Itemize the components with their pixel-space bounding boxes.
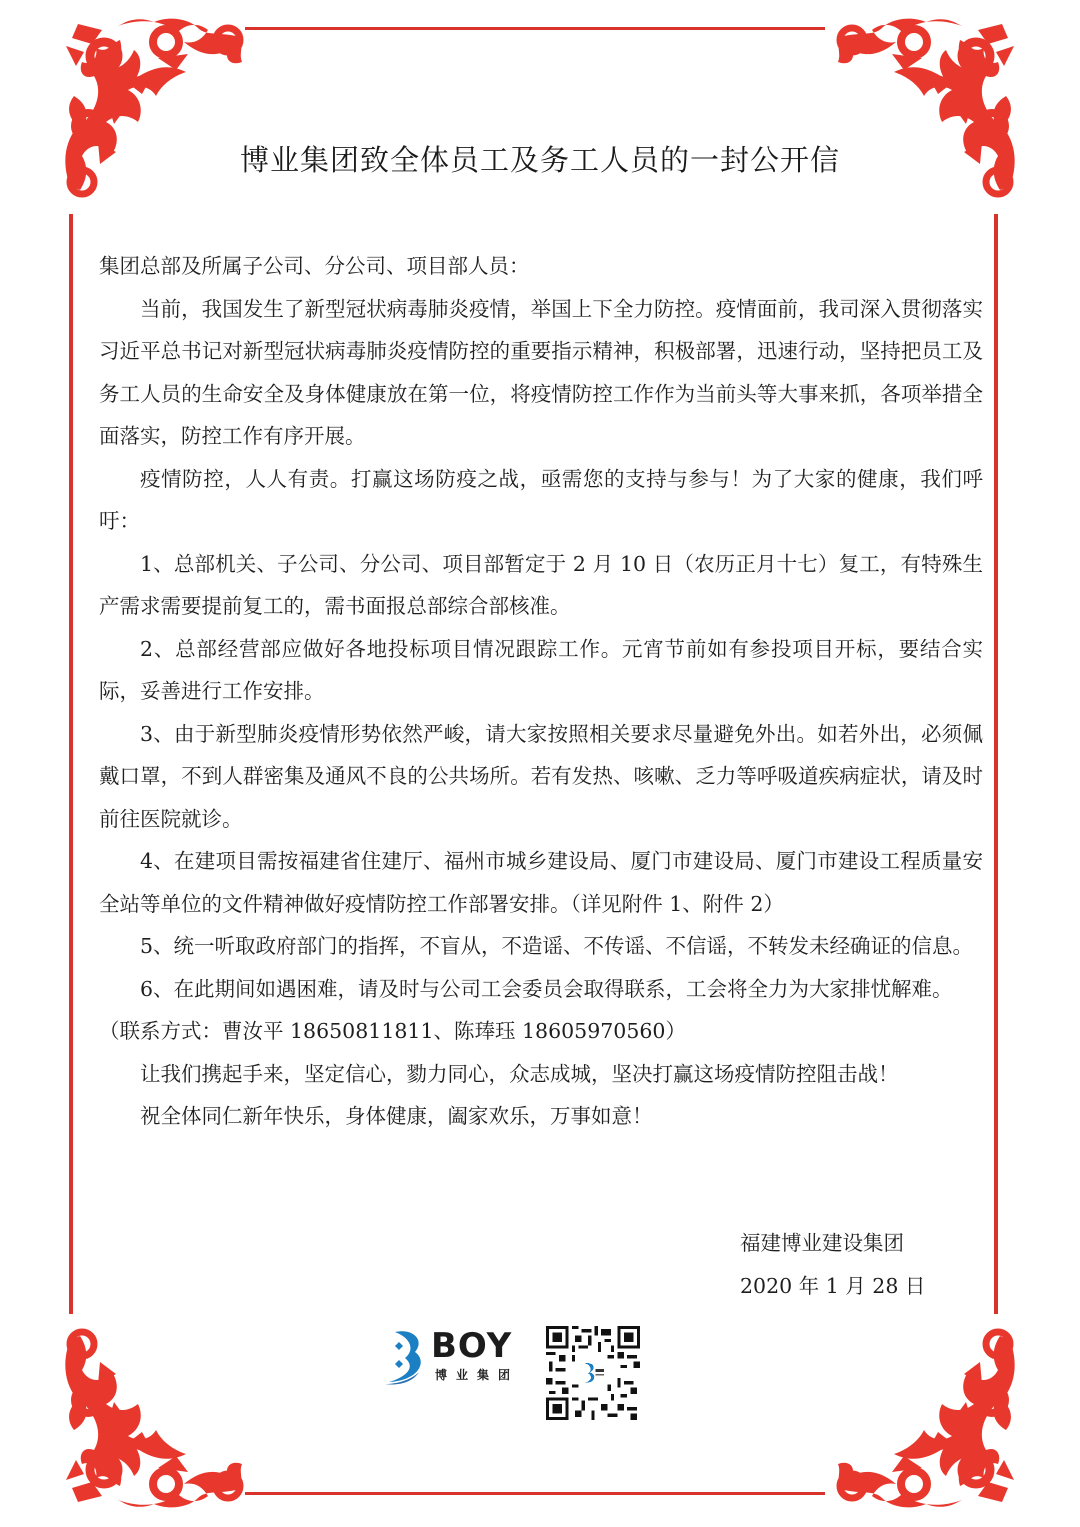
qr-code-icon (546, 1326, 640, 1420)
item-1: 1、总部机关、子公司、分公司、项目部暂定于 2 月 10 日（农历正月十七）复工… (99, 543, 983, 628)
item-6: 6、在此期间如遇困难，请及时与公司工会委员会取得联系，工会将全力为大家排忧解难。 (99, 968, 983, 1011)
floral-scroll-icon (58, 1322, 248, 1512)
border-top-line (245, 27, 825, 30)
paragraph-appeal: 疫情防控，人人有责。打赢这场防疫之战，亟需您的支持与参与！为了大家的健康，我们呼… (99, 458, 983, 543)
letter-body: 集团总部及所属子公司、分公司、项目部人员： 当前，我国发生了新型冠状病毒肺炎疫情… (99, 245, 983, 1138)
item-2: 2、总部经营部应做好各地投标项目情况跟踪工作。元宵节前如有参投项目开标，要结合实… (99, 628, 983, 713)
company-logo: BOY 博业集团 (385, 1326, 525, 1386)
logo-subtitle: 博业集团 (435, 1366, 519, 1383)
closing-call: 让我们携起手来，坚定信心，勠力同心，众志成城，坚决打赢这场疫情防控阻击战！ (99, 1053, 983, 1096)
border-bottom-line (245, 1492, 825, 1495)
border-left-line (69, 214, 73, 1314)
item-4: 4、在建项目需按福建省住建厅、福州市城乡建设局、厦门市建设局、厦门市建设工程质量… (99, 840, 983, 925)
paragraph-intro: 当前，我国发生了新型冠状病毒肺炎疫情，举国上下全力防控。疫情面前，我司深入贯彻落… (99, 288, 983, 458)
item-5: 5、统一听取政府部门的指挥，不盲从，不造谣、不传谣、不信谣，不转发未经确证的信息… (99, 925, 983, 968)
salutation: 集团总部及所属子公司、分公司、项目部人员： (99, 245, 983, 288)
signature-date: 2020 年 1 月 28 日 (740, 1265, 925, 1308)
3-swoosh-icon (385, 1326, 425, 1386)
logo-text: BOY (431, 1326, 512, 1366)
contact-line: （联系方式：曹汝平 18650811811、陈琫珏 18605970560） (99, 1010, 983, 1053)
border-right-line (994, 214, 998, 1314)
corner-ornament-bottom-left-icon (58, 1322, 248, 1512)
letter-title: 博业集团致全体员工及务工人员的一封公开信 (0, 138, 1080, 179)
floral-scroll-icon (832, 1322, 1022, 1512)
corner-ornament-bottom-right-icon (832, 1322, 1022, 1512)
item-3: 3、由于新型肺炎疫情形势依然严峻，请大家按照相关要求尽量避免外出。如若外出，必须… (99, 713, 983, 841)
signature-block: 福建博业建设集团 2020 年 1 月 28 日 (740, 1222, 925, 1307)
closing-wishes: 祝全体同仁新年快乐，身体健康，阖家欢乐，万事如意！ (99, 1095, 983, 1138)
signature-organization: 福建博业建设集团 (740, 1222, 925, 1265)
